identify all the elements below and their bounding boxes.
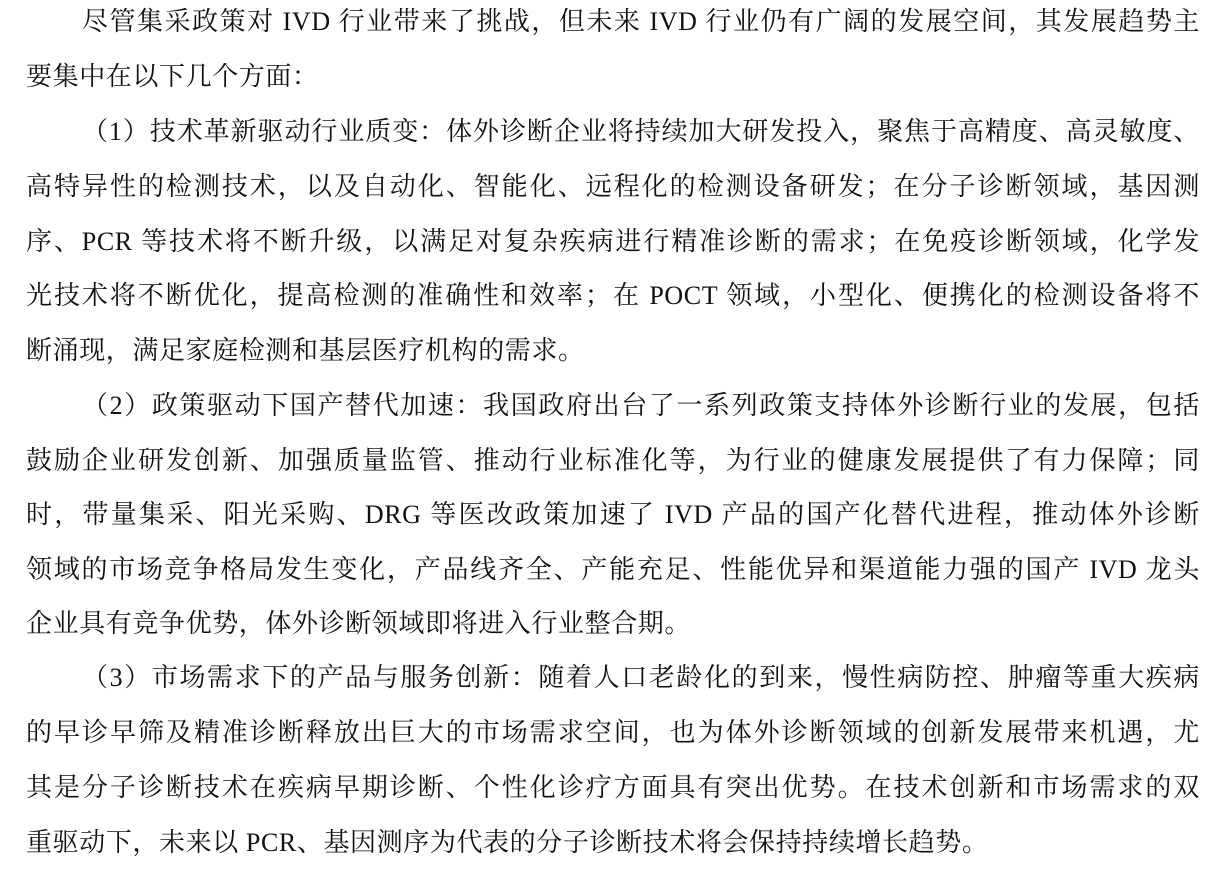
trend-3-paragraph-line: 重驱动下，未来以 PCR、基因测序为代表的分子诊断技术将会保持持续增长趋势。: [26, 823, 1200, 863]
trend-1-paragraph-line: 序、PCR 等技术将不断升级，以满足对复杂疾病进行精准诊断的需求；在免疫诊断领域…: [26, 222, 1200, 262]
trend-3-paragraph-line: 的早诊早筛及精准诊断释放出巨大的市场需求空间，也为体外诊断领域的创新发展带来机遇…: [26, 713, 1200, 753]
intro-paragraph-line: 尽管集采政策对 IVD 行业带来了挑战，但未来 IVD 行业仍有广阔的发展空间，…: [82, 2, 1200, 42]
trend-2-paragraph-line: 时，带量集采、阳光采购、DRG 等医改政策加速了 IVD 产品的国产化替代进程，…: [26, 495, 1200, 535]
trend-1-paragraph-line: 高特异性的检测技术，以及自动化、智能化、远程化的检测设备研发；在分子诊断领域，基…: [26, 167, 1200, 207]
trend-2-paragraph-line: 领域的市场竞争格局发生变化，产品线齐全、产能充足、性能优异和渠道能力强的国产 I…: [26, 550, 1200, 590]
trend-2-paragraph-line: 鼓励企业研发创新、加强质量监管、推动行业标准化等，为行业的健康发展提供了有力保障…: [26, 441, 1200, 481]
trend-3-paragraph-line: 其是分子诊断技术在疾病早期诊断、个性化诊疗方面具有突出优势。在技术创新和市场需求…: [26, 768, 1200, 808]
trend-1-paragraph-line: 断涌现，满足家庭检测和基层医疗机构的需求。: [26, 331, 1200, 371]
trend-1-paragraph-line: （1）技术革新驱动行业质变：体外诊断企业将持续加大研发投入，聚焦于高精度、高灵敏…: [82, 112, 1200, 152]
trend-1-paragraph-line: 光技术将不断优化，提高检测的准确性和效率；在 POCT 领域，小型化、便携化的检…: [26, 276, 1200, 316]
trend-3-paragraph-line: （3）市场需求下的产品与服务创新：随着人口老龄化的到来，慢性病防控、肿瘤等重大疾…: [82, 658, 1200, 698]
document-page: 尽管集采政策对 IVD 行业带来了挑战，但未来 IVD 行业仍有广阔的发展空间，…: [0, 0, 1228, 874]
trend-2-paragraph-line: （2）政策驱动下国产替代加速：我国政府出台了一系列政策支持体外诊断行业的发展，包…: [82, 386, 1200, 426]
trend-2-paragraph-line: 企业具有竞争优势，体外诊断领域即将进入行业整合期。: [26, 604, 1200, 644]
intro-paragraph-line: 要集中在以下几个方面：: [26, 57, 1200, 97]
